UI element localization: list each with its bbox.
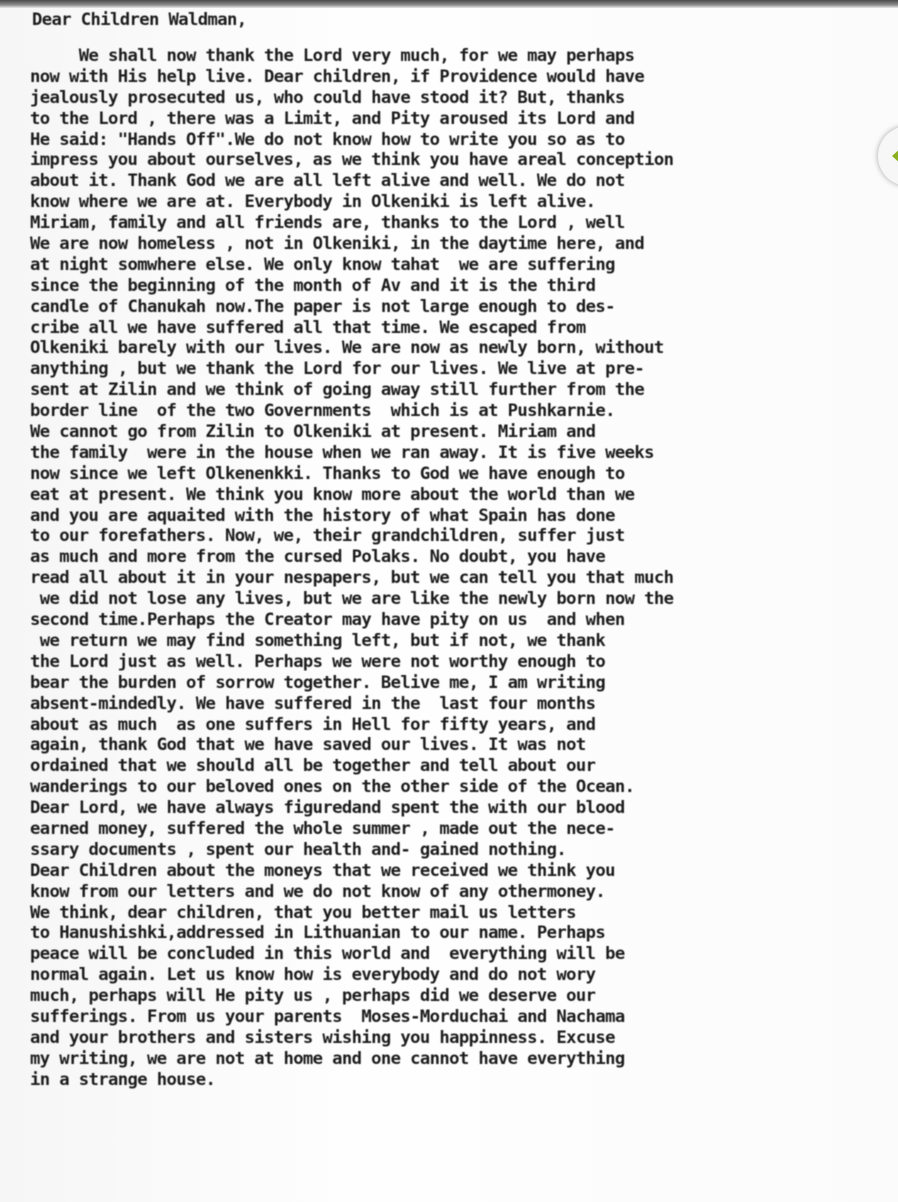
- letter-line: know from our letters and we do not know…: [30, 882, 898, 903]
- letter-line: normal again. Let us know how is everybo…: [30, 965, 898, 986]
- letter-salutation: Dear Children Waldman,: [32, 2, 898, 46]
- letter-line: candle of Chanukah now.The paper is not …: [30, 297, 898, 318]
- letter-line: second time.Perhaps the Creator may have…: [30, 610, 898, 631]
- letter-line: at night somwhere else. We only know tah…: [30, 255, 898, 276]
- letter-line: and your brothers and sisters wishing yo…: [30, 1028, 898, 1049]
- letter-line: border line of the two Governments which…: [30, 401, 898, 422]
- letter-body: We shall now thank the Lord very much, f…: [30, 46, 898, 1091]
- letter-line: now since we left Olkenenkki. Thanks to …: [30, 464, 898, 485]
- letter-line: ordained that we should all be together …: [30, 756, 898, 777]
- letter-line: We shall now thank the Lord very much, f…: [30, 46, 898, 67]
- letter-line: sufferings. From us your parents Moses-M…: [30, 1007, 898, 1028]
- letter-line: Miriam, family and all friends are, than…: [30, 213, 898, 234]
- letter-line: anything , but we thank the Lord for our…: [30, 359, 898, 380]
- letter-line: We are now homeless , not in Olkeniki, i…: [30, 234, 898, 255]
- letter-line: peace will be concluded in this world an…: [30, 944, 898, 965]
- letter-line: We think, dear children, that you better…: [30, 903, 898, 924]
- letter-line: jealously prosecuted us, who could have …: [30, 88, 898, 109]
- letter-line: we did not lose any lives, but we are li…: [30, 589, 898, 610]
- letter-line: now with His help live. Dear children, i…: [30, 67, 898, 88]
- letter-line: about it. Thank God we are all left aliv…: [30, 171, 898, 192]
- letter-line: absent-mindedly. We have suffered in the…: [30, 694, 898, 715]
- letter-line: since the beginning of the month of Av a…: [30, 276, 898, 297]
- letter-line: in a strange house.: [30, 1070, 898, 1091]
- letter-line: to our forefathers. Now, we, their grand…: [30, 526, 898, 547]
- letter-line: and you are aquaited with the history of…: [30, 506, 898, 527]
- letter-line: to Hanushishki,addressed in Lithuanian t…: [30, 923, 898, 944]
- letter-line: again, thank God that we have saved our …: [30, 735, 898, 756]
- letter-line: Dear Lord, we have always figuredand spe…: [30, 798, 898, 819]
- letter-line: earned money, suffered the whole summer …: [30, 819, 898, 840]
- chevron-left-icon: [892, 147, 898, 165]
- letter-line: Olkeniki barely with our lives. We are n…: [30, 338, 898, 359]
- letter-line: the Lord just as well. Perhaps we were n…: [30, 652, 898, 673]
- document-page: Dear Children Waldman, We shall now than…: [0, 0, 898, 1202]
- letter-line: as much and more from the cursed Polaks.…: [30, 547, 898, 568]
- letter-line: to the Lord , there was a Limit, and Pit…: [30, 109, 898, 130]
- letter-line: know where we are at. Everybody in Olken…: [30, 192, 898, 213]
- letter-line: He said: "Hands Off".We do not know how …: [30, 130, 898, 151]
- letter-line: read all about it in your nespapers, but…: [30, 568, 898, 589]
- letter-line: Dear Children about the moneys that we r…: [30, 861, 898, 882]
- letter-line: about as much as one suffers in Hell for…: [30, 715, 898, 736]
- letter-line: We cannot go from Zilin to Olkeniki at p…: [30, 422, 898, 443]
- letter-line: bear the burden of sorrow together. Beli…: [30, 673, 898, 694]
- letter-line: impress you about ourselves, as we think…: [30, 150, 898, 171]
- letter-line: ssary documents , spent our health and- …: [30, 840, 898, 861]
- typewritten-letter: Dear Children Waldman, We shall now than…: [30, 2, 898, 1091]
- letter-line: eat at present. We think you know more a…: [30, 485, 898, 506]
- letter-line: wanderings to our beloved ones on the ot…: [30, 777, 898, 798]
- letter-line: the family were in the house when we ran…: [30, 443, 898, 464]
- letter-line: we return we may find something left, bu…: [30, 631, 898, 652]
- letter-line: sent at Zilin and we think of going away…: [30, 380, 898, 401]
- letter-line: my writing, we are not at home and one c…: [30, 1049, 898, 1070]
- letter-line: cribe all we have suffered all that time…: [30, 318, 898, 339]
- letter-line: much, perhaps will He pity us , perhaps …: [30, 986, 898, 1007]
